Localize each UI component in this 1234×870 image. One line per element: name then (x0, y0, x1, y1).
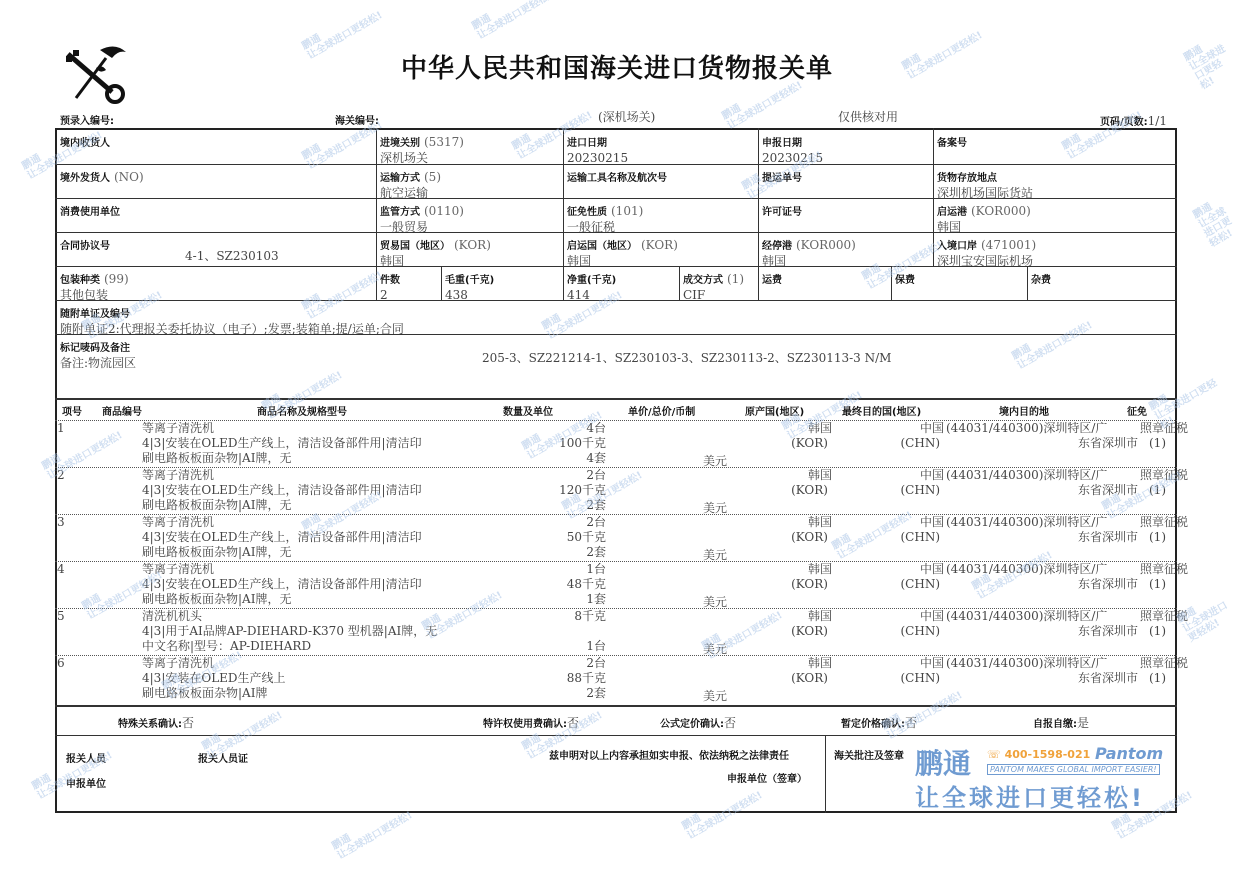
item-no: 2 (57, 468, 65, 484)
field-insurance: 保费 (895, 268, 915, 287)
item-domestic: 东省深圳市 (1000, 624, 1138, 640)
item-currency: 美元 (703, 548, 727, 564)
item-domestic: (44031/440300)深圳特区/广 (946, 421, 1107, 437)
col-header-qty: 数量及单位 (503, 403, 553, 418)
field-departure-country: 启运国（地区）(KOR) 韩国 (567, 234, 678, 269)
item-origin: 韩国 (780, 562, 832, 578)
col-header-dest: 最终目的国(地区) (842, 403, 921, 418)
item-levy: 照章征税 (1140, 562, 1188, 578)
item-dest: 中国 (880, 468, 944, 484)
field-attached-docs: 随附单证及编号 随附单证2:代理报关委托协议（电子）;发票;装箱单;提/运单;合… (60, 302, 404, 337)
field-entry-office: 进境关别(5317) 深机场关 (380, 131, 464, 166)
field-transit-port: 经停港(KOR000) 韩国 (762, 234, 856, 269)
item-levy-code: (1) (1120, 436, 1166, 452)
item-levy: 照章征税 (1140, 421, 1188, 437)
item-spec: 4|3|安装在OLED生产线上，清洁设备部件用|清洁印 (142, 436, 422, 452)
customs-no-label: 海关编号: (335, 112, 379, 127)
item-domestic: 东省深圳市 (1000, 530, 1138, 546)
item-name: 等离子清洗机 (142, 562, 214, 578)
field-consignee: 境内收货人 (60, 131, 110, 150)
col-header-name: 商品名称及规格型号 (257, 403, 347, 418)
item-spec: 4|3|安装在OLED生产线上，清洁设备部件用|清洁印 (142, 483, 422, 499)
item-domestic: (44031/440300)深圳特区/广 (946, 515, 1107, 531)
pre-entry-label: 预录入编号: (60, 112, 114, 127)
item-origin: 韩国 (780, 468, 832, 484)
item-currency: 美元 (703, 454, 727, 470)
field-import-date: 进口日期 20230215 (567, 131, 628, 166)
page-indicator: 页码/页数:1/1 (1100, 110, 1167, 129)
item-no: 6 (57, 656, 65, 672)
item-qty: 4台 (500, 421, 606, 437)
unit-seal-label: 申报单位（签章） (727, 770, 807, 785)
field-package-type: 包装种类(99) 其他包装 (60, 268, 129, 303)
field-entry-port: 入境口岸(471001) 深圳宝安国际机场 (937, 234, 1036, 269)
item-currency: 美元 (703, 501, 727, 517)
field-tax-nature: 征免性质(101) 一般征税 (567, 200, 643, 235)
field-departure-port: 启运港(KOR000) 韩国 (937, 200, 1031, 235)
item-origin-code: (KOR) (780, 577, 828, 593)
royalty-confirm: 特许权使用费确认:否 (483, 712, 579, 731)
col-header-origin: 原产国(地区) (745, 403, 804, 418)
item-levy-code: (1) (1120, 624, 1166, 640)
item-levy: 照章征税 (1140, 609, 1188, 625)
provisional-price-confirm: 暂定价格确认:否 (841, 712, 917, 731)
item-dest-code: (CHN) (880, 624, 940, 640)
page-title: 中华人民共和国海关进口货物报关单 (0, 48, 1234, 85)
item-origin-code: (KOR) (780, 483, 828, 499)
item-levy-code: (1) (1120, 483, 1166, 499)
item-domestic: 东省深圳市 (1000, 436, 1138, 452)
item-spec: 4|3|用于AI品牌AP-DIEHARD-K370 型机器|AI牌，无 (142, 624, 437, 640)
item-domestic: (44031/440300)深圳特区/广 (946, 468, 1107, 484)
field-pieces: 件数 2 (380, 268, 400, 303)
item-levy: 照章征税 (1140, 468, 1188, 484)
field-record-no: 备案号 (937, 131, 967, 150)
item-dest: 中国 (880, 515, 944, 531)
customs-approval-label: 海关批注及签章 (834, 747, 904, 762)
item-dest-code: (CHN) (880, 671, 940, 687)
item-qty: 1台 (500, 562, 606, 578)
item-qty: 120千克 (500, 483, 606, 499)
special-relation-confirm: 特殊关系确认:否 (118, 712, 194, 731)
page-value: 1/1 (1148, 114, 1167, 128)
item-qty: 48千克 (500, 577, 606, 593)
field-bill-no: 提运单号 (762, 166, 802, 185)
item-dest: 中国 (880, 656, 944, 672)
item-origin-code: (KOR) (780, 671, 828, 687)
page-label: 页码/页数: (1100, 117, 1148, 128)
item-name: 等离子清洗机 (142, 468, 214, 484)
item-levy: 照章征税 (1140, 515, 1188, 531)
item-spec: 刷电路板板面杂物|AI牌，无 (142, 451, 291, 467)
item-levy-code: (1) (1120, 530, 1166, 546)
field-trade-country: 贸易国（地区）(KOR) 韩国 (380, 234, 491, 269)
item-spec: 刷电路板板面杂物|AI牌 (142, 686, 267, 702)
item-dest-code: (CHN) (880, 530, 940, 546)
field-license-no: 许可证号 (762, 200, 802, 219)
item-levy-code: (1) (1120, 577, 1166, 593)
field-transport-name: 运输工具名称及航次号 (567, 166, 667, 185)
item-dest: 中国 (880, 421, 944, 437)
item-currency: 美元 (703, 595, 727, 611)
formula-price-confirm: 公式定价确认:否 (660, 712, 736, 731)
item-levy: 照章征税 (1140, 656, 1188, 672)
item-no: 3 (57, 515, 65, 531)
item-levy-code: (1) (1120, 671, 1166, 687)
item-origin-code: (KOR) (780, 530, 828, 546)
item-qty: 1台 (500, 639, 606, 655)
item-qty: 2台 (500, 656, 606, 672)
item-origin: 韩国 (780, 421, 832, 437)
item-name: 等离子清洗机 (142, 656, 214, 672)
field-contract-no: 合同协议号 (60, 234, 110, 253)
item-name: 等离子清洗机 (142, 421, 214, 437)
item-origin: 韩国 (780, 609, 832, 625)
field-storage-place: 货物存放地点 深圳机场国际货站 (937, 166, 1033, 201)
field-consumer-unit: 消费使用单位 (60, 200, 120, 219)
self-report-confirm: 自报自缴:是 (1033, 712, 1089, 731)
field-transport-mode: 运输方式(5) 航空运输 (380, 166, 441, 201)
item-currency: 美元 (703, 689, 727, 705)
field-deal-mode: 成交方式(1) CIF (683, 268, 744, 303)
item-domestic: 东省深圳市 (1000, 671, 1138, 687)
item-domestic: (44031/440300)深圳特区/广 (946, 609, 1107, 625)
field-supervision: 监管方式(0110) 一般贸易 (380, 200, 464, 235)
item-qty: 2套 (500, 545, 606, 561)
col-header-no: 项号 (62, 403, 82, 418)
item-name: 清洗机机头 (142, 609, 202, 625)
item-qty: 2套 (500, 498, 606, 514)
item-origin: 韩国 (780, 656, 832, 672)
item-dest: 中国 (880, 609, 944, 625)
item-spec: 刷电路板板面杂物|AI牌，无 (142, 498, 291, 514)
item-qty: 8千克 (500, 609, 606, 625)
item-origin-code: (KOR) (780, 624, 828, 640)
field-declare-date: 申报日期 20230215 (762, 131, 823, 166)
item-no: 4 (57, 562, 65, 578)
item-qty: 1套 (500, 592, 606, 608)
verify-only-note: 仅供核对用 (838, 110, 898, 125)
marks-numbers: 205-3、SZ221214-1、SZ230103-3、SZ230113-2、S… (482, 351, 891, 366)
col-header-code: 商品编号 (102, 403, 142, 418)
legal-statement: 兹申明对以上内容承担如实申报、依法纳税之法律责任 (549, 747, 789, 762)
item-currency: 美元 (703, 642, 727, 658)
contract-no-value: 4-1、SZ230103 (185, 249, 279, 264)
field-freight: 运费 (762, 268, 782, 287)
watermark-stamp: 鹏通让全球进口更轻松! (1191, 194, 1234, 249)
item-spec: 中文名称|型号：AP-DIEHARD (142, 639, 311, 655)
item-origin: 韩国 (780, 515, 832, 531)
col-header-domestic: 境内目的地 (999, 403, 1049, 418)
item-name: 等离子清洗机 (142, 515, 214, 531)
item-no: 5 (57, 609, 65, 625)
item-dest: 中国 (880, 562, 944, 578)
item-qty: 2台 (500, 515, 606, 531)
item-domestic: (44031/440300)深圳特区/广 (946, 656, 1107, 672)
item-spec: 4|3|安装在OLED生产线上，清洁设备部件用|清洁印 (142, 577, 422, 593)
field-gross-weight: 毛重(千克) 438 (445, 268, 494, 303)
item-dest-code: (CHN) (880, 483, 940, 499)
field-misc-fee: 杂费 (1031, 268, 1051, 287)
item-spec: 4|3|安装在OLED生产线上，清洁设备部件用|清洁印 (142, 530, 422, 546)
customs-office: (深机场关) (598, 110, 655, 125)
item-spec: 4|3|安装在OLED生产线上 (142, 671, 286, 687)
item-no: 1 (57, 421, 65, 437)
item-spec: 刷电路板板面杂物|AI牌，无 (142, 592, 291, 608)
col-header-levy: 征免 (1127, 403, 1147, 418)
item-domestic: 东省深圳市 (1000, 577, 1138, 593)
field-consignor: 境外发货人(NO) (60, 166, 144, 185)
item-domestic: (44031/440300)深圳特区/广 (946, 562, 1107, 578)
item-qty: 2套 (500, 686, 606, 702)
item-qty: 88千克 (500, 671, 606, 687)
field-net-weight: 净重(千克) 414 (567, 268, 616, 303)
item-qty: 2台 (500, 468, 606, 484)
col-header-price: 单价/总价/币制 (628, 403, 695, 418)
item-qty: 100千克 (500, 436, 606, 452)
item-qty: 50千克 (500, 530, 606, 546)
watermark-stamp: 鹏通让全球进口更轻松! (470, 0, 554, 42)
item-qty: 4套 (500, 451, 606, 467)
declare-unit-label: 申报单位 (66, 775, 106, 790)
declarant-cert-label: 报关人员证 (198, 750, 248, 765)
field-marks: 标记唛码及备注 备注:物流园区 (60, 336, 136, 371)
item-dest-code: (CHN) (880, 436, 940, 452)
item-spec: 刷电路板板面杂物|AI牌，无 (142, 545, 291, 561)
item-domestic: 东省深圳市 (1000, 483, 1138, 499)
item-dest-code: (CHN) (880, 577, 940, 593)
declarant-label: 报关人员 (66, 750, 106, 765)
item-origin-code: (KOR) (780, 436, 828, 452)
